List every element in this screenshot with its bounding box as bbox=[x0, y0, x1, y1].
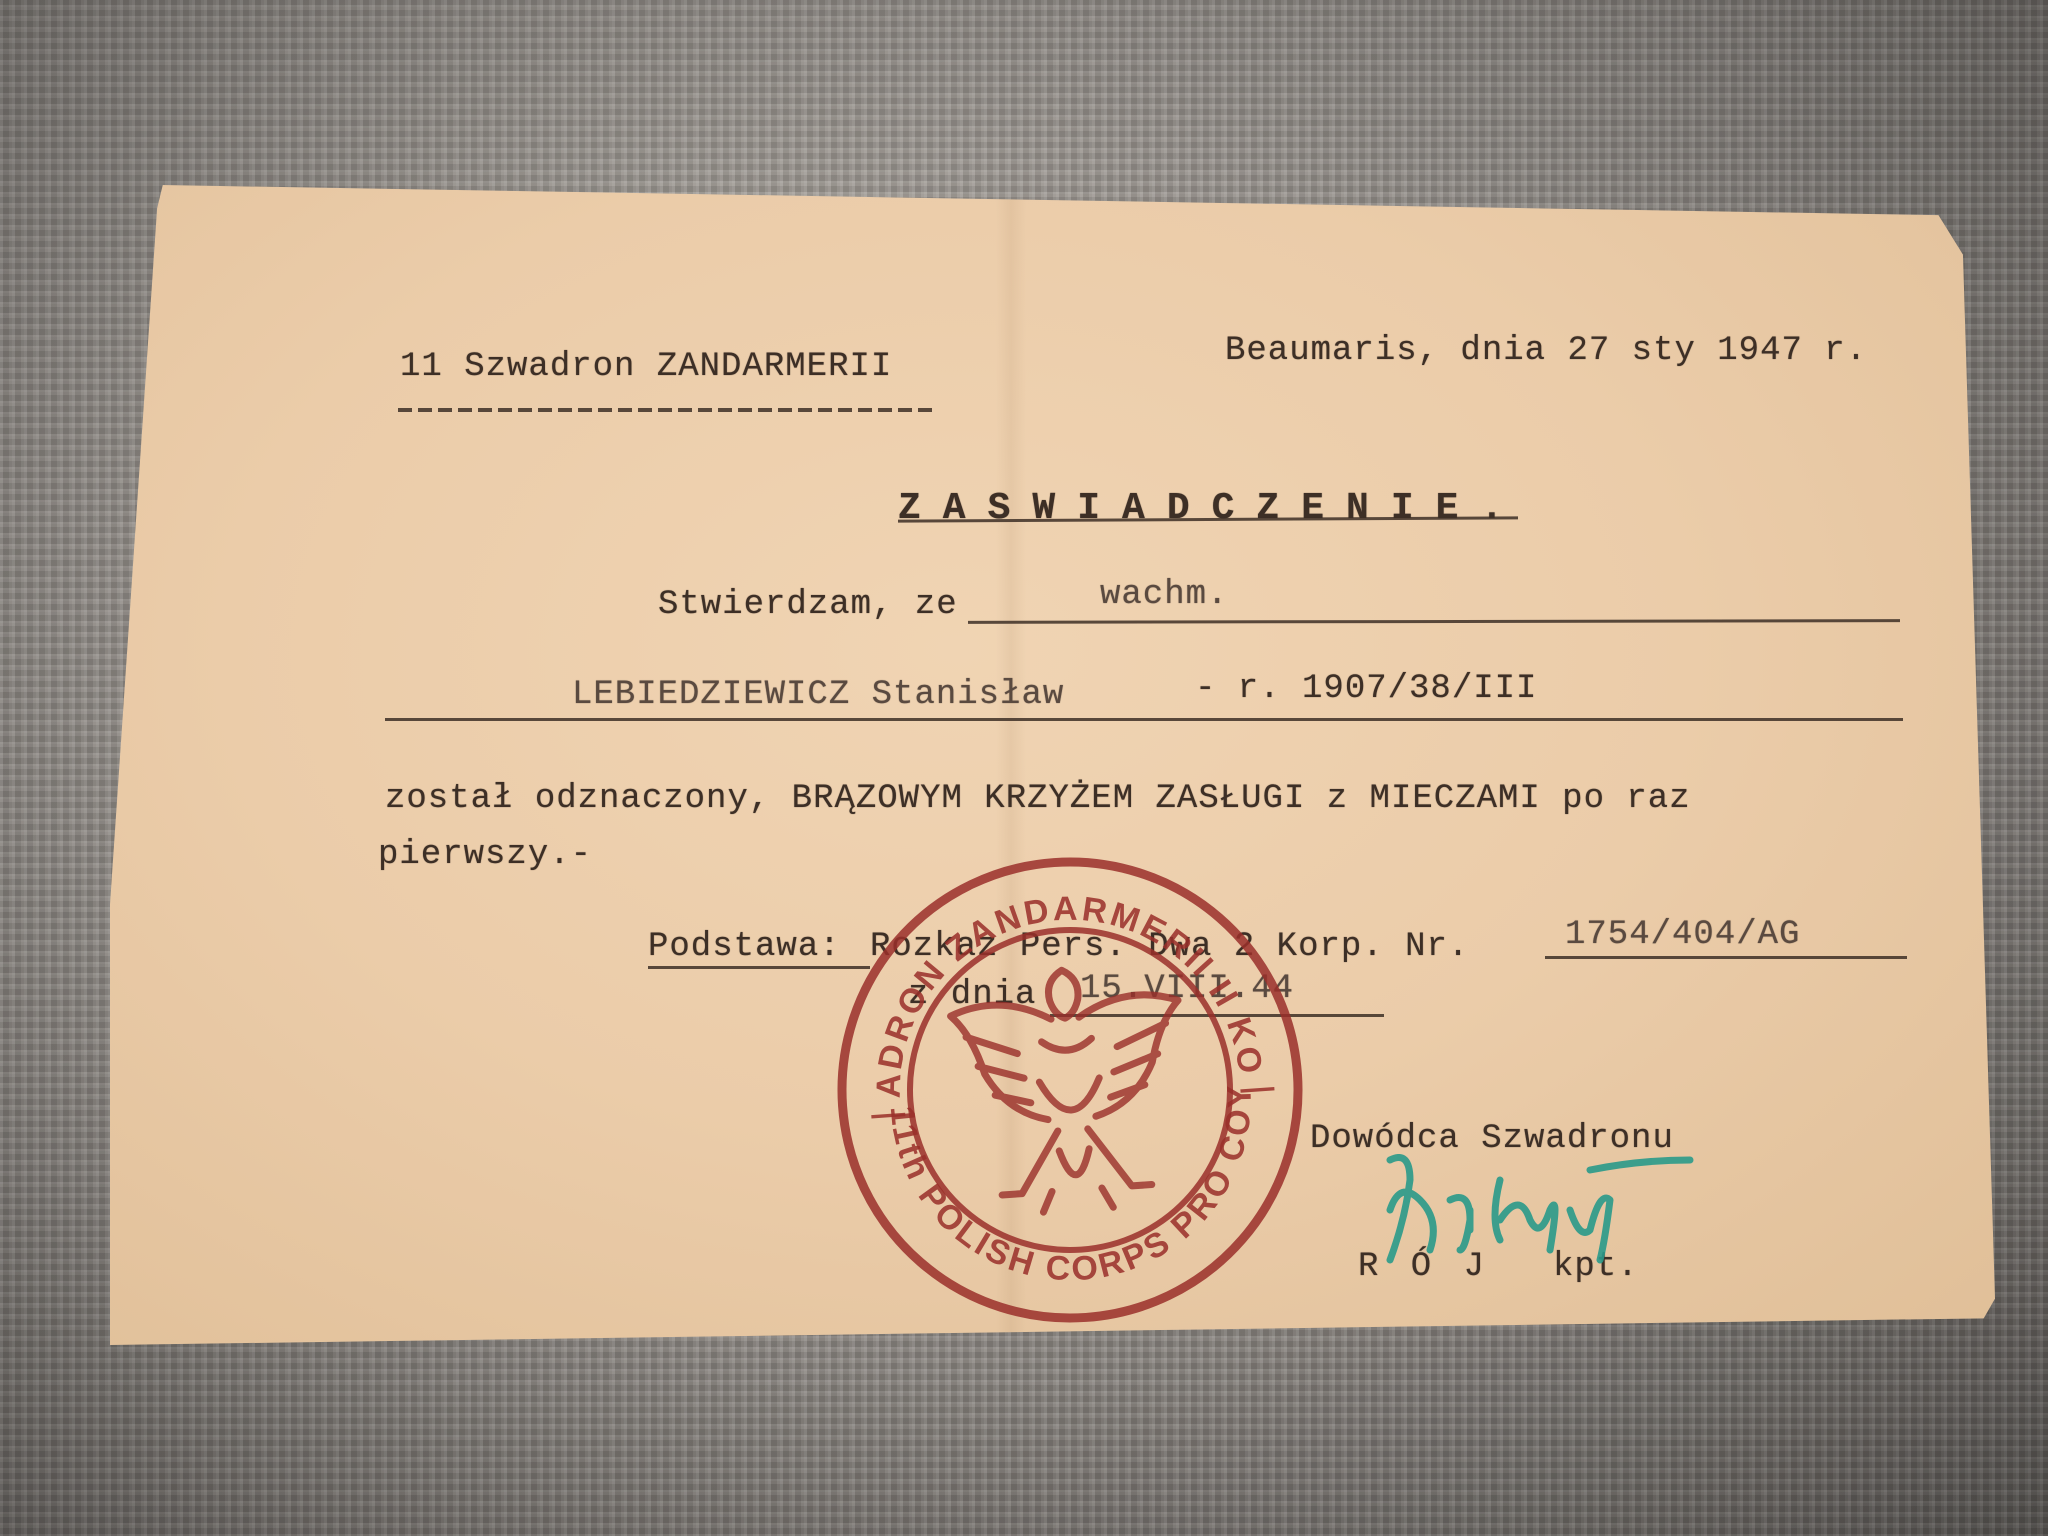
svg-text:11 SZWADRON ZANDARMERII II KOR: 11 SZWADRON ZANDARMERII II KORPUSU bbox=[814, 834, 1270, 1108]
header-dashed-underline bbox=[398, 408, 938, 412]
order-number: 1754/404/AG bbox=[1565, 918, 1800, 952]
rank-value: wachm. bbox=[1100, 578, 1228, 612]
place-date: Beaumaris, dnia 27 sty 1947 r. bbox=[1225, 334, 1867, 368]
eagle-stamp-icon: 11 SZWADRON ZANDARMERII II KORPUSU 11th … bbox=[814, 834, 1326, 1346]
order-number-line bbox=[1545, 956, 1907, 959]
birth-reference: - r. 1907/38/III bbox=[1195, 672, 1537, 706]
svg-text:—: — bbox=[1239, 1068, 1276, 1108]
signature-icon bbox=[1370, 1150, 1710, 1270]
document-title: ZASWIADCZENIE. bbox=[898, 490, 1525, 528]
name-fill-line bbox=[385, 718, 1903, 721]
award-text-line2: pierwszy.- bbox=[378, 838, 592, 872]
official-stamp: 11 SZWADRON ZANDARMERII II KORPUSU 11th … bbox=[814, 834, 1326, 1346]
commander-signature bbox=[1370, 1150, 1710, 1270]
svg-text:—: — bbox=[870, 1094, 907, 1134]
unit-header: 11 Szwadron ZANDARMERII bbox=[400, 350, 892, 384]
award-text-line1: został odznaczony, BRĄZOWYM KRZYŻEM ZASŁ… bbox=[385, 782, 1691, 816]
certify-lead: Stwierdzam, ze bbox=[658, 588, 958, 622]
person-name: LEBIEDZIEWICZ Stanisław bbox=[572, 678, 1064, 712]
basis-label: Podstawa: bbox=[648, 930, 841, 964]
